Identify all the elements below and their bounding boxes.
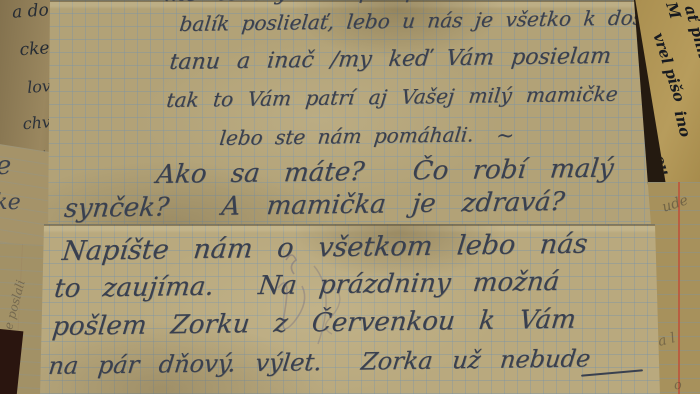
- red-margin-line: [678, 182, 680, 394]
- handwriting-fragment: o: [673, 377, 683, 393]
- handwriting-line: balík poslielať, lebo u nás je všetko k …: [178, 5, 651, 36]
- handwriting-fragment: ke: [0, 190, 21, 215]
- handwriting-fragment: a l: [656, 330, 677, 350]
- handwriting-fragment: vrel pišo: [649, 30, 688, 104]
- letter-sheet-top: me tovary ste po prostredníctve nám balí…: [46, 0, 652, 238]
- handwriting-fragment: os M: [655, 0, 685, 21]
- strikethrough-mark: [581, 369, 643, 376]
- photo-of-handwritten-letter: a do cke lovi chvo o tv. e ke orke posla…: [0, 0, 700, 394]
- handwriting-fragment: a do: [12, 0, 50, 23]
- handwriting-fragment: cke: [19, 38, 50, 60]
- handwriting-fragment: ať pnna: [681, 3, 700, 69]
- handwriting-line: tak to Vám patrí aj Vašej milý mamičke: [165, 82, 619, 112]
- handwriting-fragment: ou: [650, 152, 674, 177]
- handwriting-line: synček? A mamička je zdravá?: [63, 187, 566, 224]
- handwriting-fragment: ude: [660, 192, 690, 215]
- handwriting-line: Ako sa máte? Čo robí malý: [155, 154, 615, 190]
- handwriting-fragment: e: [0, 151, 12, 182]
- handwriting-line: lebo ste nám pomáhali.: [218, 122, 475, 150]
- letter-sheet-bottom: Napíšte nám o všetkom lebo nás to zaujím…: [36, 224, 662, 394]
- handwriting-fragment: ino: [671, 109, 695, 139]
- handwriting-dash: ~: [496, 124, 514, 149]
- pencil-scribble: [266, 248, 376, 358]
- handwriting-line: tanu a inač /my keď Vám posielam: [168, 44, 612, 75]
